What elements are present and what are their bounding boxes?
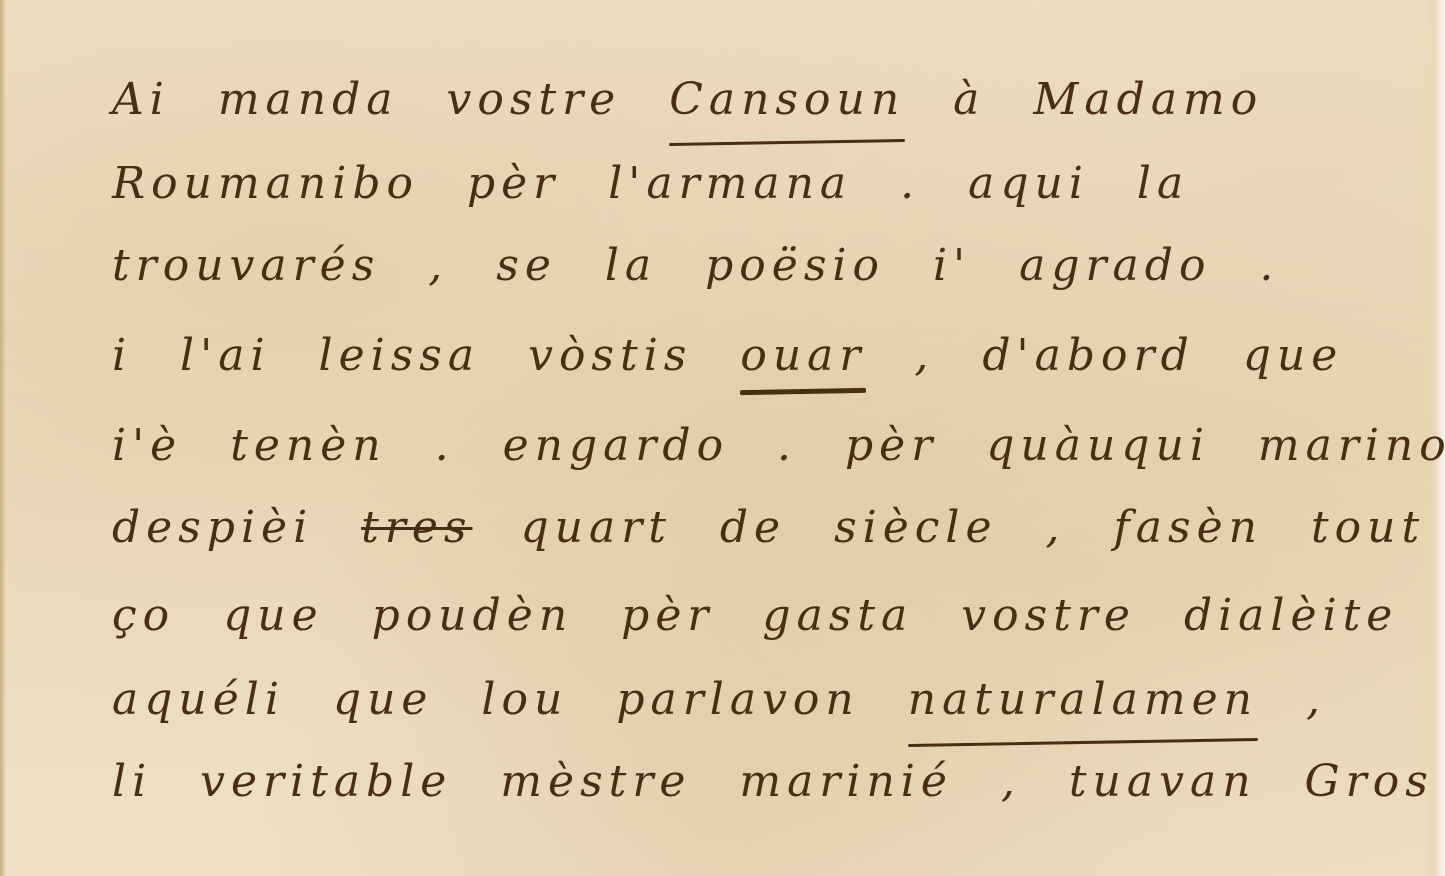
text-segment: li veritable mèstre marinié , tuavan Gro…	[112, 756, 1445, 807]
handwritten-line-8: aquéli que lou parlavon naturalamen ,	[112, 678, 1326, 722]
text-segment: despièi	[112, 502, 361, 553]
text-segment: ,	[1258, 674, 1326, 725]
text-segment: à Madamo	[905, 74, 1263, 125]
text-segment: ço que poudèn pèr gasta vostre dialèite …	[112, 590, 1445, 641]
handwritten-line-6: despièi tres quart de siècle , fasèn tou…	[112, 506, 1425, 550]
handwritten-line-3: trouvarés , se la poësio i' agrado .	[112, 244, 1279, 288]
handwritten-line-1: Ai manda vostre Cansoun à Madamo	[112, 78, 1263, 122]
text-segment: i l'ai leissa vòstis	[112, 330, 740, 381]
text-segment: trouvarés , se la poësio i' agrado .	[112, 240, 1279, 291]
postcard: Ai manda vostre Cansoun à Madamo Roumani…	[0, 0, 1445, 876]
text-segment: quart de siècle , fasèn tout	[472, 502, 1425, 553]
handwritten-line-2: Roumanibo pèr l'armana . aqui la	[112, 162, 1189, 206]
card-edge-left	[0, 0, 6, 876]
text-segment: Ai manda vostre	[112, 74, 669, 125]
underlined-word: Cansoun	[669, 78, 905, 122]
text-segment: aquéli que lou parlavon	[112, 674, 908, 725]
handwritten-line-5: i'è tenèn . engardo . pèr quàuqui marino…	[112, 424, 1445, 468]
underlined-word: ouar	[740, 334, 866, 378]
handwritten-line-4: i l'ai leissa vòstis ouar , d'abord que	[112, 334, 1343, 378]
text-segment: , d'abord que	[866, 330, 1343, 381]
handwritten-line-7: ço que poudèn pèr gasta vostre dialèite …	[112, 594, 1445, 638]
struck-out-word: tres	[361, 502, 472, 553]
handwritten-line-9: li veritable mèstre marinié , tuavan Gro…	[112, 760, 1445, 804]
underlined-word: naturalamen	[908, 678, 1258, 722]
text-segment: i'è tenèn . engardo . pèr quàuqui marino…	[112, 420, 1445, 471]
text-segment: Roumanibo pèr l'armana . aqui la	[112, 158, 1189, 209]
